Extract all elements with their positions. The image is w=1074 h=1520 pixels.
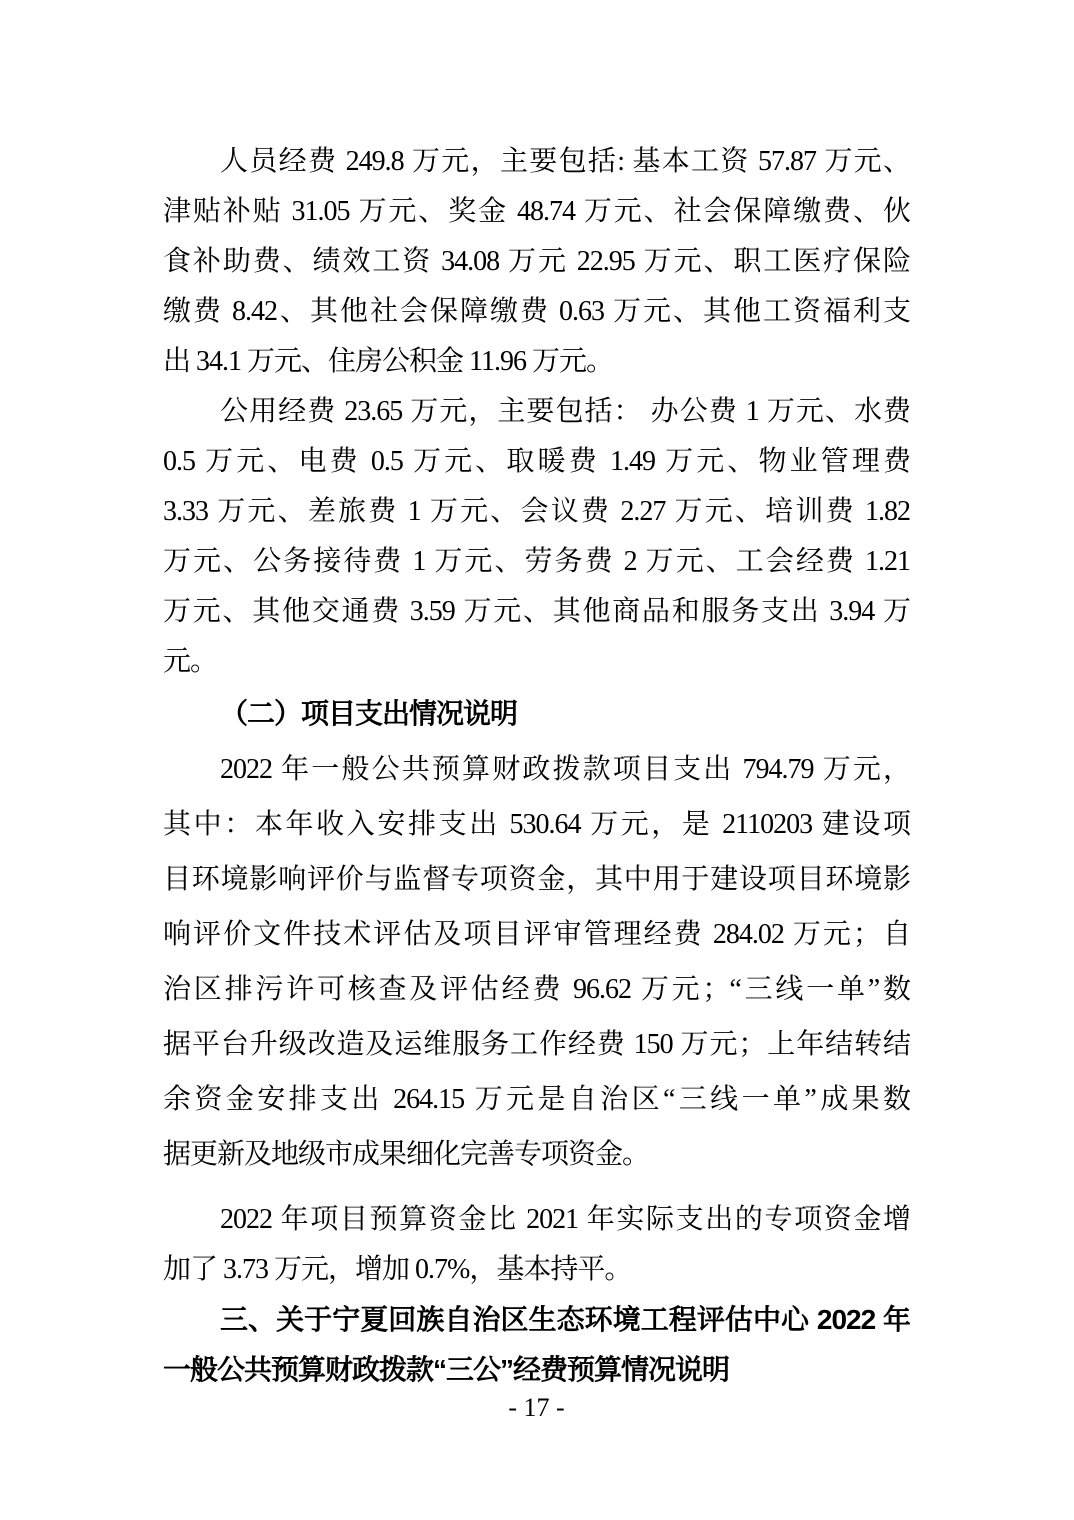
- text-line: 缴费 8.42、其他社会保障缴费 0.63 万元、其他工资福利支: [163, 287, 910, 337]
- text-line: 目环境影响评价与监督专项资金，其中用于建设项目环境影: [163, 852, 910, 907]
- text-line: 2022 年项目预算资金比 2021 年实际支出的专项资金增: [163, 1195, 910, 1245]
- text-line: 2022 年一般公共预算财政拨款项目支出 794.79 万元，: [163, 742, 910, 797]
- text-line: 治区排污许可核查及评估经费 96.62 万元；“三线一单”数: [163, 962, 910, 1017]
- text-line: 据平台升级改造及运维服务工作经费 150 万元；上年结转结: [163, 1017, 910, 1072]
- text-line: 响评价文件技术评估及项目评审管理经费 284.02 万元；自: [163, 907, 910, 962]
- page-number: - 17 -: [163, 1395, 910, 1421]
- text-line: 其中：本年收入安排支出 530.64 万元，是 2110203 建设项: [163, 797, 910, 852]
- para-project-expense: 2022 年一般公共预算财政拨款项目支出 794.79 万元， 其中：本年收入安…: [163, 742, 910, 1182]
- text-line: 加了 3.73 万元，增加 0.7%，基本持平。: [163, 1245, 910, 1295]
- text-line: 公用经费 23.65 万元，主要包括： 办公费 1 万元、水费: [163, 387, 910, 437]
- text-line: 据更新及地级市成果细化完善专项资金。: [163, 1127, 910, 1182]
- para-public-funds: 公用经费 23.65 万元，主要包括： 办公费 1 万元、水费 0.5 万元、电…: [163, 387, 910, 687]
- para-budget-comparison: 2022 年项目预算资金比 2021 年实际支出的专项资金增 加了 3.73 万…: [163, 1195, 910, 1295]
- text-line: 3.33 万元、差旅费 1 万元、会议费 2.27 万元、培训费 1.82: [163, 487, 910, 537]
- heading-text: 一般公共预算财政拨款“三公”经费预算情况说明: [163, 1345, 910, 1395]
- text-line: 万元、其他交通费 3.59 万元、其他商品和服务支出 3.94 万: [163, 587, 910, 637]
- section-2-heading: （二）项目支出情况说明: [163, 687, 910, 742]
- text-line: 食补助费、绩效工资 34.08 万元 22.95 万元、职工医疗保险: [163, 237, 910, 287]
- text-line: 人员经费 249.8 万元，主要包括: 基本工资 57.87 万元、: [163, 137, 910, 187]
- document-page: 人员经费 249.8 万元，主要包括: 基本工资 57.87 万元、 津贴补贴 …: [0, 0, 1074, 1520]
- text-line: 万元、公务接待费 1 万元、劳务费 2 万元、工会经费 1.21: [163, 537, 910, 587]
- heading-text: 三、关于宁夏回族自治区生态环境工程评估中心 2022 年: [163, 1295, 910, 1345]
- heading-text: （二）项目支出情况说明: [163, 687, 910, 742]
- text-line: 元。: [163, 637, 910, 687]
- text-line: 余资金安排支出 264.15 万元是自治区“三线一单”成果数: [163, 1072, 910, 1127]
- para-personnel-funds: 人员经费 249.8 万元，主要包括: 基本工资 57.87 万元、 津贴补贴 …: [163, 137, 910, 387]
- text-line: 0.5 万元、电费 0.5 万元、取暖费 1.49 万元、物业管理费: [163, 437, 910, 487]
- text-line: 津贴补贴 31.05 万元、奖金 48.74 万元、社会保障缴费、伙: [163, 187, 910, 237]
- text-line: 出 34.1 万元、住房公积金 11.96 万元。: [163, 337, 910, 387]
- section-3-heading: 三、关于宁夏回族自治区生态环境工程评估中心 2022 年 一般公共预算财政拨款“…: [163, 1295, 910, 1395]
